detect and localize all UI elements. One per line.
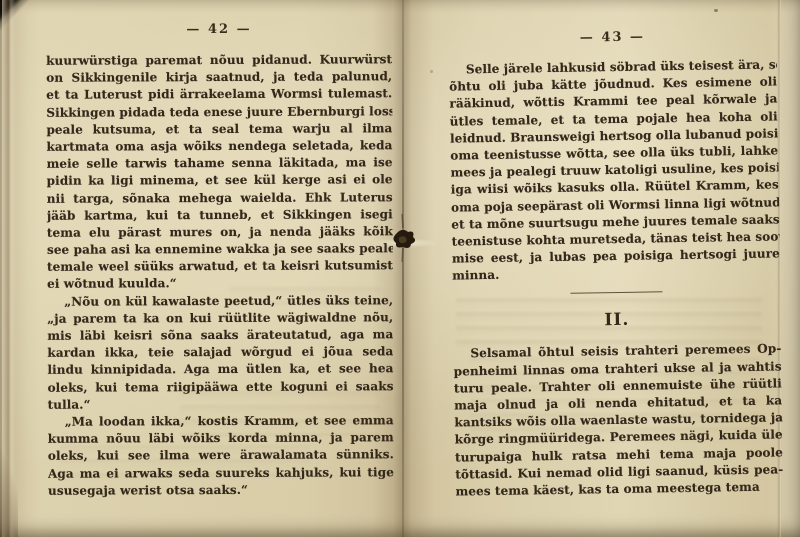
bottom-left-shadow [0, 447, 18, 537]
text-line: see paha asi ka ennemine wakka ja see sa… [47, 240, 393, 259]
text-line: kuurwürstiga paremat nõuu pidanud. Kuurw… [46, 51, 392, 70]
text-line: tema elu pärast mures on, ja nenda jääks… [47, 223, 393, 242]
paper-speck [714, 9, 718, 12]
paragraph: kuurwürstiga paremat nõuu pidanud. Kuurw… [46, 51, 393, 293]
text-line: ei wõtnud kuulda.“ [47, 275, 393, 294]
paragraph: Selle järele lahkusid söbrad üks teisest… [449, 56, 780, 285]
paragraph: „Nõu on kül kawalaste peetud,“ ütles üks… [47, 292, 394, 414]
gutter-crease [402, 0, 404, 537]
text-line: ususegaja werist otsa saaks.“ [48, 481, 394, 500]
text-line: kartmata oma asja wõiks nendega seletada… [46, 137, 392, 156]
book-scan: — 42 — kuurwürstiga paremat nõuu pidanud… [0, 0, 800, 537]
text-line: „Nõu on kül kawalaste peetud,“ ütles üks… [47, 292, 393, 311]
text-line: tulla.“ [48, 395, 394, 414]
page-number-right: — 43 — [448, 27, 776, 47]
text-line: on Sikkingenile kirja saatnud, ja teda p… [46, 68, 392, 87]
text-line: meie selle tarwis tahame senna läkitada,… [47, 154, 393, 173]
paragraph: „Ma loodan ikka,“ kostis Kramm, et see e… [48, 412, 394, 499]
paper-speck [430, 70, 433, 73]
text-line: nii targa, sõnaka mehega waielda. Ehk Lu… [47, 189, 393, 208]
text-line: „ja parem ta ka on kui rüütlite wägiwald… [47, 309, 393, 328]
text-line: jääb kartma, kui ta tunneb, et Sikkingen… [47, 206, 393, 225]
text-line: Aga ma ei arwaks seda suureks kahjuks, k… [48, 464, 394, 483]
page-number-left: — 42 — [46, 21, 392, 38]
text-line: lindu kinnipidada. Aga ma ütlen ka, et s… [47, 361, 393, 380]
text-line: et ta Luterust pidi ärrakeelama Wormsi t… [46, 86, 392, 105]
left-page: — 42 — kuurwürstiga paremat nõuu pidanud… [46, 21, 394, 499]
section-divider [570, 292, 662, 294]
right-page: — 43 — Selle järele lahkusid söbrad üks … [448, 27, 783, 500]
text-line: oleks, kui tema riigipääwa ette koguni e… [48, 378, 394, 397]
text-line: mis läbi keisri sõna saaks ärateutatud, … [47, 326, 393, 345]
text-line: kardan ikka, teie salajad wõrgud ei jõua… [47, 343, 393, 362]
text-line: „Ma loodan ikka,“ kostis Kramm, et see e… [48, 412, 394, 431]
text-line: peale kutsuma, et ta seal tema warju al … [46, 120, 392, 139]
paragraph: Selsamal õhtul seisis trahteri peremees … [453, 341, 783, 501]
text-line: temale weel süüks arwatud, et ta keisri … [47, 257, 393, 276]
text-line: Sikkingen pidada teda enese juure Ebernb… [46, 103, 392, 122]
text-line: pidin ka ligi minema, et see kül kerge a… [47, 172, 393, 191]
text-line: kumma nõuu läbi wõiks korda minna, ja pa… [48, 429, 394, 448]
chapter-heading: II. [453, 308, 781, 333]
text-line: oleks, kui see ilma were ärawalamata sün… [48, 447, 394, 466]
